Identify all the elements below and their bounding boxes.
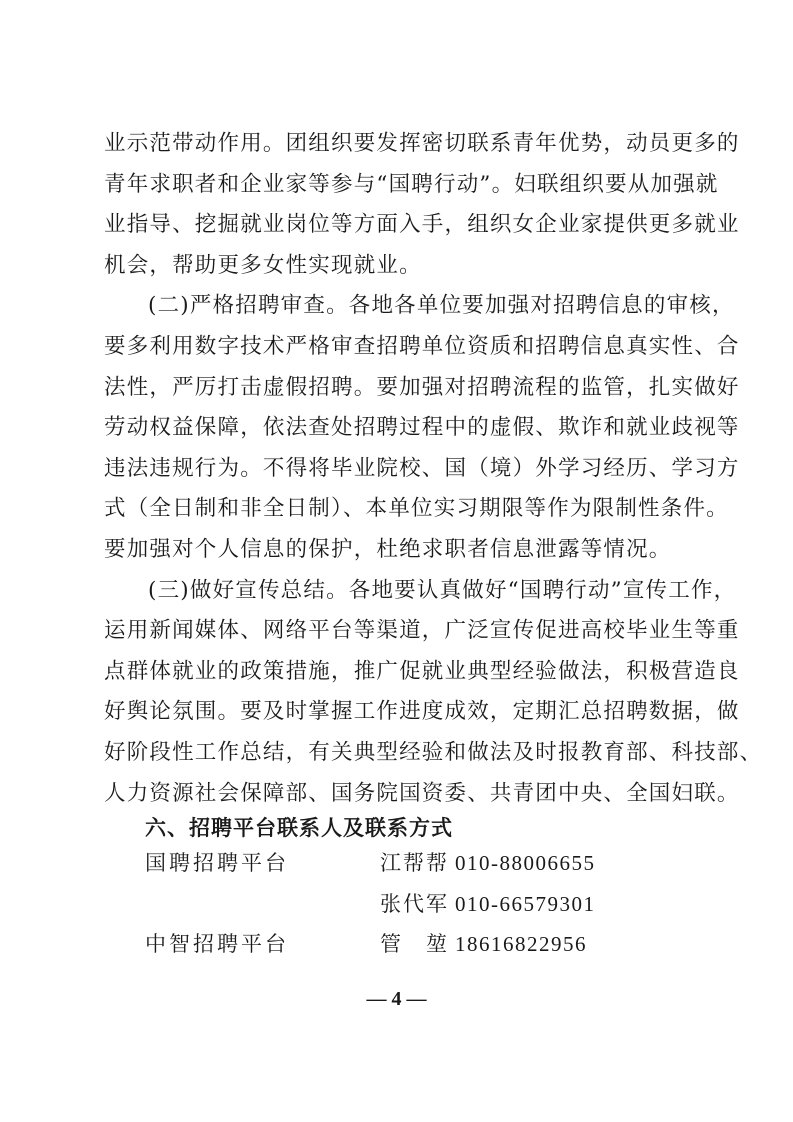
text-line: (三)做好宣传总结。各地要认真做好“国聘行动”宣传工作， (104, 571, 694, 612)
text-line: 要多利用数字技术严格审查招聘单位资质和招聘信息真实性、合 (104, 327, 694, 368)
text-line: 好舆论氛围。要及时掌握工作进度成效，定期汇总招聘数据，做 (104, 692, 694, 733)
contact-person: 江帮帮 (380, 845, 449, 881)
text-line: 青年求职者和企业家等参与“国聘行动”。妇联组织要从加强就 (104, 165, 694, 206)
text-line: 法性，严厉打击虚假招聘。要加强对招聘流程的监管，扎实做好 (104, 368, 694, 409)
text-line: (二)严格招聘审查。各地各单位要加强对招聘信息的审核， (104, 286, 694, 327)
paragraph-1: 业示范带动作用。团组织要发挥密切联系青年优势，动员更多的 青年求职者和企业家等参… (104, 124, 694, 286)
text-line: 人力资源社会保障部、国务院国资委、共青团中央、全国妇联。 (104, 774, 694, 815)
document-page: 业示范带动作用。团组织要发挥密切联系青年优势，动员更多的 青年求职者和企业家等参… (0, 0, 793, 1122)
text-line: 业指导、挖掘就业岗位等方面入手，组织女企业家提供更多就业 (104, 205, 694, 246)
contact-row: 国聘招聘平台 江帮帮 010-88006655 (145, 845, 665, 881)
text-line: 劳动权益保障，依法查处招聘过程中的虚假、欺诈和就业歧视等 (104, 408, 694, 449)
section-heading: 六、招聘平台联系人及联系方式 (145, 812, 453, 842)
text-line: 运用新闻媒体、网络平台等渠道，广泛宣传促进高校毕业生等重 (104, 611, 694, 652)
paragraph-publicity-summary: (三)做好宣传总结。各地要认真做好“国聘行动”宣传工作， 运用新闻媒体、网络平台… (104, 571, 694, 815)
text-line: 要加强对个人信息的保护，杜绝求职者信息泄露等情况。 (104, 530, 694, 571)
page-number: — 4 — (0, 988, 793, 1011)
text-line: 点群体就业的政策措施，推广促就业典型经验做法，积极营造良 (104, 652, 694, 693)
text-line: 业示范带动作用。团组织要发挥密切联系青年优势，动员更多的 (104, 124, 694, 165)
paragraph-strict-review: (二)严格招聘审查。各地各单位要加强对招聘信息的审核， 要多利用数字技术严格审查… (104, 286, 694, 570)
contact-phone: 010-66579301 (455, 886, 596, 922)
text-line: 式（全日制和非全日制）、本单位实习期限等作为限制性条件。 (104, 489, 694, 530)
platform-name: 中智招聘平台 (145, 926, 289, 962)
contact-row: 张代军 010-66579301 (145, 886, 665, 922)
text-line: 好阶段性工作总结，有关典型经验和做法及时报教育部、科技部、 (104, 733, 694, 774)
contact-phone: 18616822956 (455, 926, 587, 962)
contact-phone: 010-88006655 (455, 845, 596, 881)
contact-person: 张代军 (380, 886, 449, 922)
body-text: 业示范带动作用。团组织要发挥密切联系青年优势，动员更多的 青年求职者和企业家等参… (104, 124, 694, 814)
text-line: 机会，帮助更多女性实现就业。 (104, 246, 694, 287)
platform-name: 国聘招聘平台 (145, 845, 289, 881)
contact-row: 中智招聘平台 管 堃 18616822956 (145, 926, 665, 962)
contact-person: 管 堃 (380, 926, 449, 962)
text-line: 违法违规行为。不得将毕业院校、国（境）外学习经历、学习方 (104, 449, 694, 490)
